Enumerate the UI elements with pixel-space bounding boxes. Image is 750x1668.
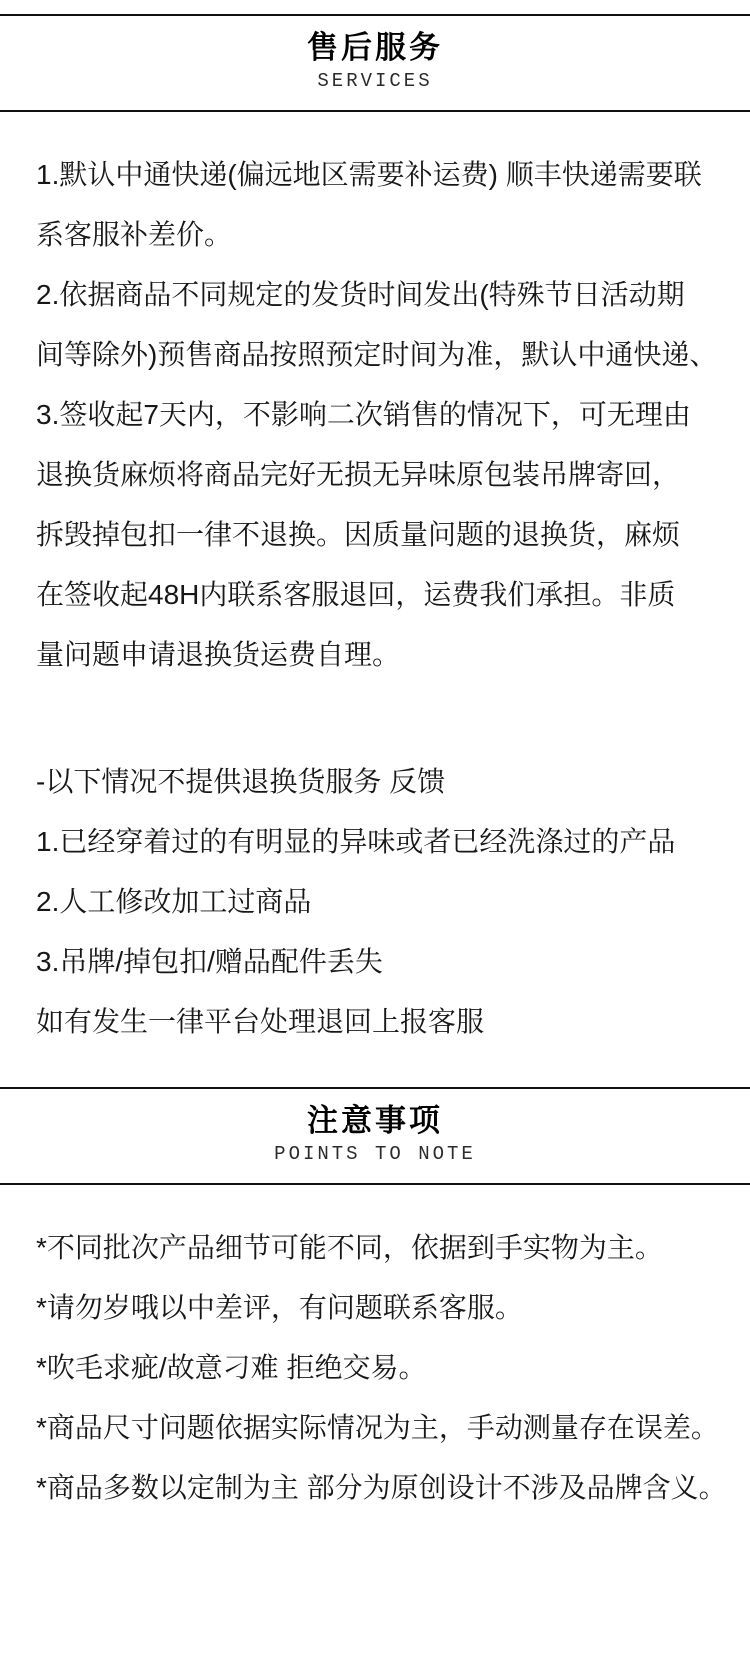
service-policy-line: 量问题申请退换货运费自理。 [36,625,714,685]
service-policy-line: 退换货麻烦将商品完好无损无异味原包装吊牌寄回， [36,445,714,505]
services-header: 售后服务 SERVICES [0,14,750,112]
service-policy-line: 系客服补差价。 [36,205,714,265]
no-return-line: 如有发生一律平台处理退回上报客服 [36,992,714,1052]
service-policy-line: 3.签收起7天内，不影响二次销售的情况下，可无理由 [36,385,714,445]
no-return-line: 2.人工修改加工过商品 [36,872,714,932]
note-line: *请勿岁哦以中差评，有问题联系客服。 [36,1278,714,1338]
service-policy-line: 在签收起48H内联系客服退回，运费我们承担。非质 [36,565,714,625]
service-policy-line: 拆毁掉包扣一律不退换。因质量问题的退换货，麻烦 [36,505,714,565]
no-return-list: -以下情况不提供退换货服务 反馈 1.已经穿着过的有明显的异味或者已经洗涤过的产… [36,752,714,1052]
notes-body: *不同批次产品细节可能不同，依据到手实物为主。 *请勿岁哦以中差评，有问题联系客… [0,1218,750,1518]
no-return-heading: -以下情况不提供退换货服务 反馈 [36,752,714,812]
service-policy-line: 2.依据商品不同规定的发货时间发出(特殊节日活动期 [36,265,714,325]
services-subtitle: SERVICES [0,68,750,94]
notes-title: 注意事项 [0,1101,750,1141]
no-return-line: 3.吊牌/掉包扣/赠品配件丢失 [36,932,714,992]
services-body: 1.默认中通快递(偏远地区需要补运费) 顺丰快递需要联 系客服补差价。 2.依据… [0,145,750,1052]
note-line: *不同批次产品细节可能不同，依据到手实物为主。 [36,1218,714,1278]
notes-header: 注意事项 POINTS TO NOTE [0,1087,750,1185]
page: 售后服务 SERVICES 1.默认中通快递(偏远地区需要补运费) 顺丰快递需要… [0,14,750,1518]
note-line: *吹毛求疵/故意刁难 拒绝交易。 [36,1338,714,1398]
no-return-line: 1.已经穿着过的有明显的异味或者已经洗涤过的产品 [36,812,714,872]
note-line: *商品尺寸问题依据实际情况为主，手动测量存在误差。 [36,1398,714,1458]
note-line: *商品多数以定制为主 部分为原创设计不涉及品牌含义。 [36,1458,714,1518]
service-policy-line: 间等除外)预售商品按照预定时间为准，默认中通快递、 [36,325,714,385]
service-policy-line: 1.默认中通快递(偏远地区需要补运费) 顺丰快递需要联 [36,145,714,205]
services-title: 售后服务 [0,28,750,68]
notes-subtitle: POINTS TO NOTE [0,1141,750,1167]
